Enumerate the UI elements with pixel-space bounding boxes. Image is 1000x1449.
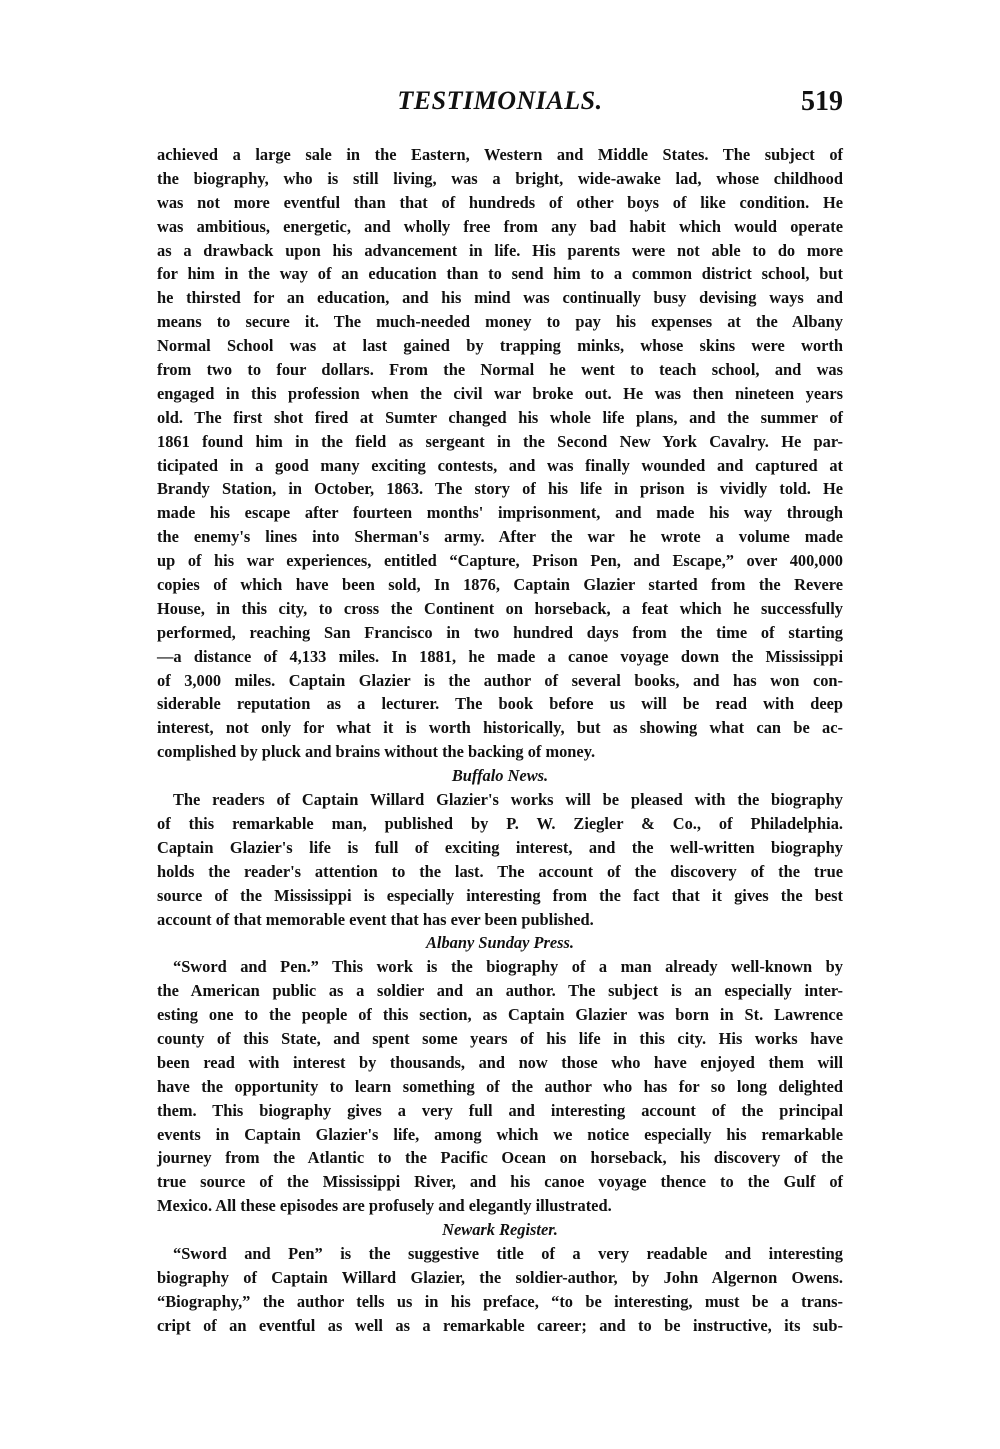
testimonial-buffalo-news: Buffalo News. The readers of Captain Wil… [157, 764, 843, 931]
text-line: performed, reaching San Francisco in two… [157, 621, 843, 645]
text-line: old. The first shot fired at Sumter chan… [157, 406, 843, 430]
text-line: Captain Glazier's life is full of exciti… [157, 836, 843, 860]
text-line: them. This biography gives a very full a… [157, 1099, 843, 1123]
running-title: TESTIMONIALS. [157, 86, 843, 116]
text-line: for him in the way of an education than … [157, 262, 843, 286]
text-line: means to secure it. The much-needed mone… [157, 310, 843, 334]
text-line: from two to four dollars. From the Norma… [157, 358, 843, 382]
text-line: was ambitious, energetic, and wholly fre… [157, 215, 843, 239]
text-line: complished by pluck and brains without t… [157, 740, 843, 764]
text-line: siderable reputation as a lecturer. The … [157, 692, 843, 716]
text-line: esting one to the people of this section… [157, 1003, 843, 1027]
text-line: Brandy Station, in October, 1863. The st… [157, 477, 843, 501]
testimonial-newark-register: Newark Register. “Sword and Pen” is the … [157, 1218, 843, 1337]
text-line: county of this State, and spent some yea… [157, 1027, 843, 1051]
text-line: —a distance of 4,133 miles. In 1881, he … [157, 645, 843, 669]
text-line: biography of Captain Willard Glazier, th… [157, 1266, 843, 1290]
text-line: engaged in this profession when the civi… [157, 382, 843, 406]
text-line: he thirsted for an education, and his mi… [157, 286, 843, 310]
text-line: journey from the Atlantic to the Pacific… [157, 1146, 843, 1170]
text-line: have the opportunity to learn something … [157, 1075, 843, 1099]
text-line: “Sword and Pen.” This work is the biogra… [157, 955, 843, 979]
text-line: was not more eventful than that of hundr… [157, 191, 843, 215]
text-line: holds the reader's attention to the last… [157, 860, 843, 884]
source-heading: Newark Register. [157, 1218, 843, 1242]
text-line: the American public as a soldier and an … [157, 979, 843, 1003]
source-heading: Buffalo News. [157, 764, 843, 788]
text-line: The readers of Captain Willard Glazier's… [157, 788, 843, 812]
text-line: House, in this city, to cross the Contin… [157, 597, 843, 621]
text-line: “Biography,” the author tells us in his … [157, 1290, 843, 1314]
testimonial-albany-sunday-press: Albany Sunday Press. “Sword and Pen.” Th… [157, 931, 843, 1218]
text-line: source of the Mississippi is especially … [157, 884, 843, 908]
text-line: Normal School was at last gained by trap… [157, 334, 843, 358]
text-line: “Sword and Pen” is the suggestive title … [157, 1242, 843, 1266]
text-line: of 3,000 miles. Captain Glazier is the a… [157, 669, 843, 693]
text-line: cript of an eventful as well as a remark… [157, 1314, 843, 1338]
page-header: TESTIMONIALS. 519 [157, 86, 843, 126]
text-line: the biography, who is still living, was … [157, 167, 843, 191]
text-line: as a drawback upon his advancement in li… [157, 239, 843, 263]
source-heading: Albany Sunday Press. [157, 931, 843, 955]
text-line: events in Captain Glazier's life, among … [157, 1123, 843, 1147]
text-line: account of that memorable event that has… [157, 908, 843, 932]
text-line: been read with interest by thousands, an… [157, 1051, 843, 1075]
text-line: the enemy's lines into Sherman's army. A… [157, 525, 843, 549]
testimonial-continued: achieved a large sale in the Eastern, We… [157, 143, 843, 764]
text-line: Mexico. All these episodes are profusely… [157, 1194, 843, 1218]
page-body: achieved a large sale in the Eastern, We… [157, 143, 843, 1338]
text-line: copies of which have been sold, In 1876,… [157, 573, 843, 597]
text-line: made his escape after fourteen months' i… [157, 501, 843, 525]
text-line: 1861 found him in the field as sergeant … [157, 430, 843, 454]
text-line: achieved a large sale in the Eastern, We… [157, 143, 843, 167]
text-line: true source of the Mississippi River, an… [157, 1170, 843, 1194]
text-line: of this remarkable man, published by P. … [157, 812, 843, 836]
text-line: interest, not only for what it is worth … [157, 716, 843, 740]
text-line: up of his war experiences, entitled “Cap… [157, 549, 843, 573]
text-line: ticipated in a good many exciting contes… [157, 454, 843, 478]
page-number: 519 [801, 86, 843, 118]
